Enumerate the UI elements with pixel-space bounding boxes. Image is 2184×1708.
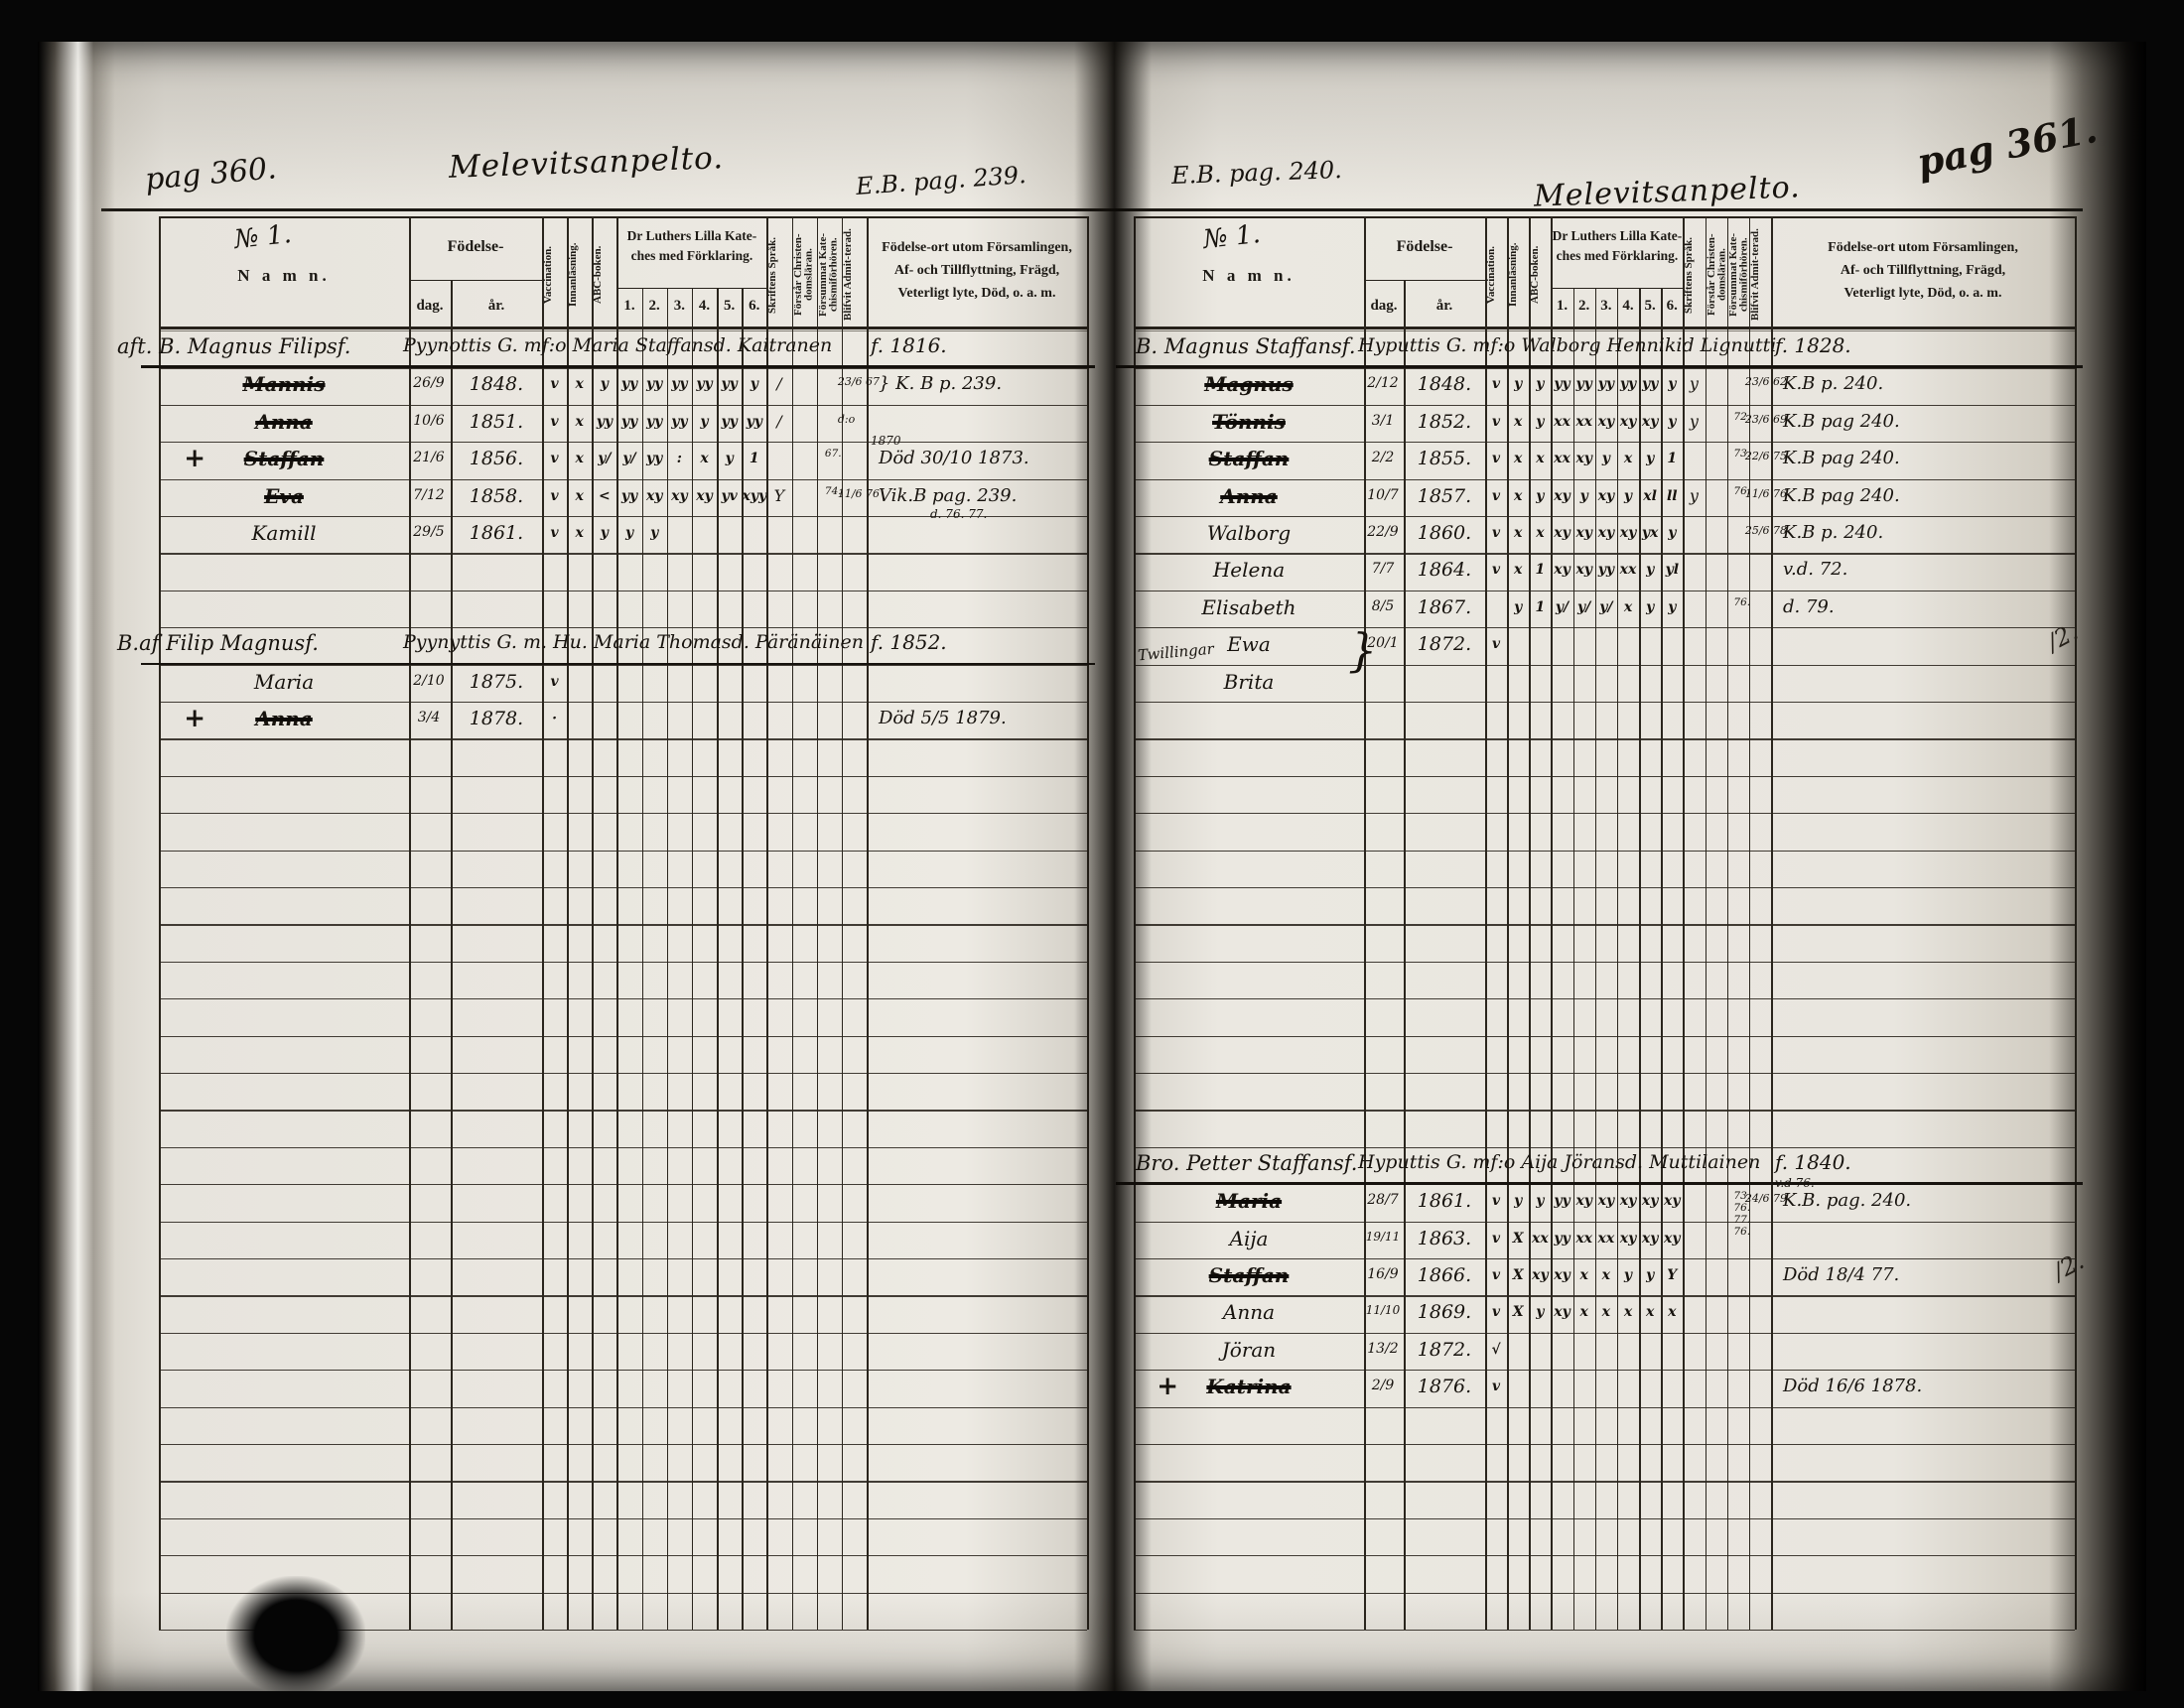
page-edge-shadow-right [2049, 42, 2146, 1691]
book-gutter-shadow [1074, 42, 1152, 1691]
scanned-church-record-photo: pag 360. Melevitsanpelto. E.B. pag. 239.… [0, 0, 2184, 1708]
binding-dark-spot [226, 1576, 365, 1695]
page-stack-edge-left [38, 42, 115, 1691]
